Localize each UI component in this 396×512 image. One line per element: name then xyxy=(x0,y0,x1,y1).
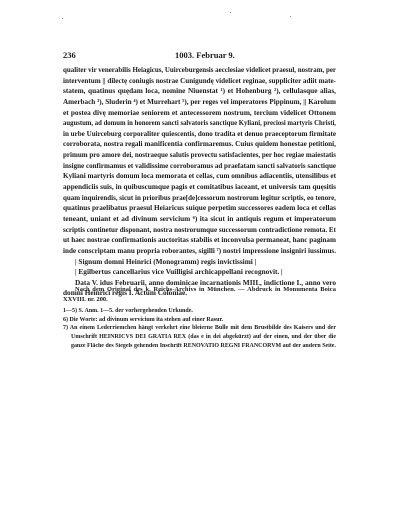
text-line: Kyliani martyris domum loca memorata et … xyxy=(63,171,336,182)
text-line: et postea divę memoriae seniorem et ante… xyxy=(63,108,336,119)
text-line: statem, quatinus quędam loca, nomine Niu… xyxy=(63,86,336,97)
text-line: in urbe Uuirceburg corporaliter quiescen… xyxy=(63,129,336,140)
footnote-cont: ganze Fläche des Siegels gehenden Inschr… xyxy=(63,342,336,351)
text-line: scriptis continetur disponant, nostra no… xyxy=(63,225,336,236)
text-line: Amerbach ³), Sluderin ⁴) et Murrehart ⁵)… xyxy=(63,97,336,108)
scan-speck xyxy=(230,12,231,13)
source-line: Nach dem Original des k. Reichs-Archivs … xyxy=(63,285,336,295)
text-line: inde conscriptam manu propria roborantes… xyxy=(63,246,336,257)
footnote: 6) Die Worte: ad divinum servicium ita s… xyxy=(63,316,336,325)
footnotes: 1—5) S. Anm. 1—5. der vorhergehenden Urk… xyxy=(63,307,336,350)
text-line: interventum || dilectę coniugis nostrae … xyxy=(63,76,336,87)
scan-speck xyxy=(62,18,63,19)
charter-text: qualiter vir venerabilis Heiagicus, Uuir… xyxy=(63,65,336,299)
source-note: Nach dem Original des k. Reichs-Archivs … xyxy=(63,285,336,305)
text-line: qualiter vir venerabilis Heiagicus, Uuir… xyxy=(63,65,336,76)
text-line: ut haec nostrae confirmationis auctorita… xyxy=(63,235,336,246)
page-number: 236 xyxy=(63,50,76,60)
text-line: corroborata, nostra regali manificentia … xyxy=(63,139,336,150)
text-line: teneant, uniant et ad divinum servicium … xyxy=(63,214,336,225)
text-line: insigne confirmamus et validissime corro… xyxy=(63,161,336,172)
text-line: appendiciis suis, in quibuscumque pagis … xyxy=(63,182,336,193)
text-line: quam inquirendis, sicut in prioribus pra… xyxy=(63,193,336,204)
signum-line: | Signum domni Heinrici (Monogramm) regi… xyxy=(63,257,336,268)
footnote-cont: Umschrift HEINRICVS DEI GRATIA REX (das … xyxy=(63,333,336,342)
source-line: XXVIII. nr. 200. xyxy=(63,295,336,305)
running-title-date: 1003. Februar 9. xyxy=(175,50,235,60)
text-line: primum pro amore dei, nostraeque salutis… xyxy=(63,150,336,161)
running-header: 236 1003. Februar 9. xyxy=(63,50,336,62)
recognition-line: | Egilbertus cancellarius vice Vuilligis… xyxy=(63,267,336,278)
footnote: 7) An einem Lederriemchen hängt verkehrt… xyxy=(63,324,336,333)
footnote: 1—5) S. Anm. 1—5. der vorhergehenden Urk… xyxy=(63,307,336,316)
text-line: augustum, ad domum in honorem sancti sal… xyxy=(63,118,336,129)
scan-speck xyxy=(290,16,291,17)
text-line: quatinus praelibatus praesul Heiaricus s… xyxy=(63,203,336,214)
